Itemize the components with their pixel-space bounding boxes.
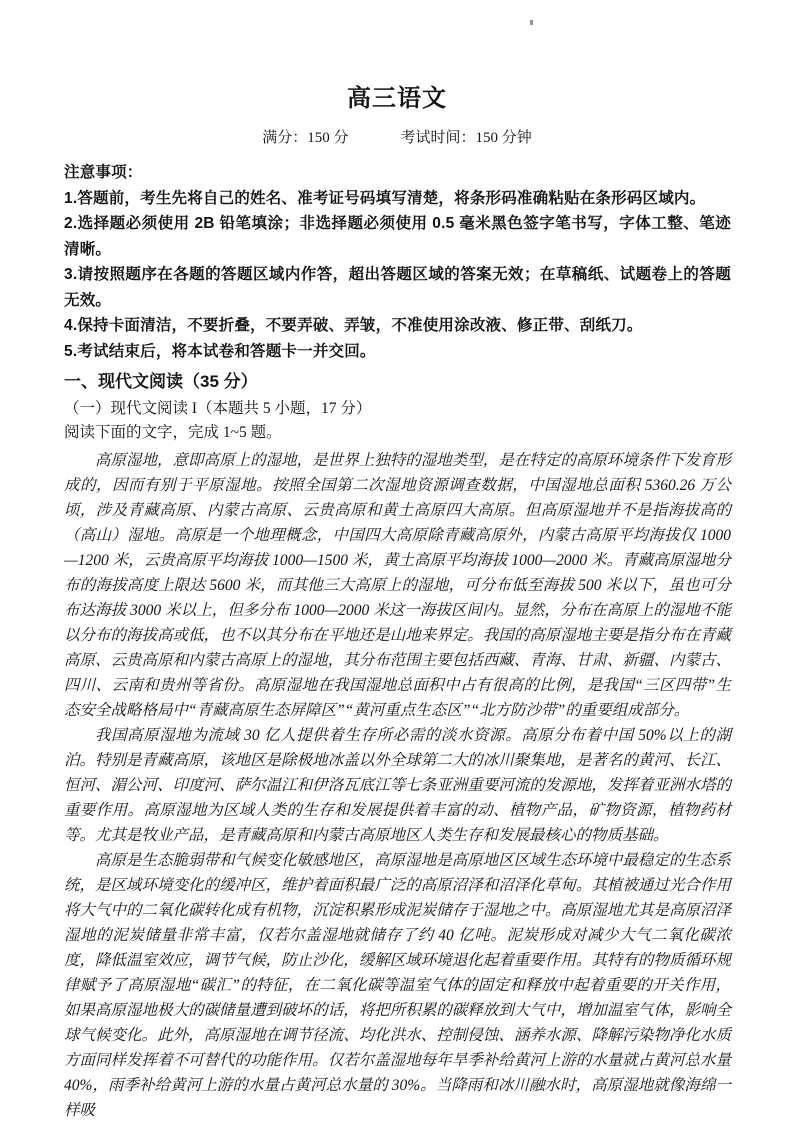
scan-artifact-dot bbox=[530, 20, 533, 25]
passage-paragraph-2: 我国高原湿地为流域 30 亿人提供着生存所必需的淡水资源。高原分布着中国 50%… bbox=[64, 723, 731, 848]
reading-passage: 高原湿地，意即高原上的湿地，是世界上独特的湿地类型，是在特定的高原环境条件下发育… bbox=[64, 448, 731, 1123]
notice-section: 注意事项： 1.答题前，考生先将自己的姓名、准考证号码填写清楚，将条形码准确粘贴… bbox=[64, 160, 731, 364]
reading-instruction: 阅读下面的文字，完成 1~5 题。 bbox=[64, 421, 731, 445]
notice-item-2: 2.选择题必须使用 2B 铅笔填涂；非选择题必须使用 0.5 毫米黑色签字笔书写… bbox=[64, 211, 731, 262]
notice-item-1: 1.答题前，考生先将自己的姓名、准考证号码填写清楚，将条形码准确粘贴在条形码区域… bbox=[64, 186, 731, 212]
notice-item-3: 3.请按照题序在各题的答题区域内作答，超出答题区域的答案无效；在草稿纸、试题卷上… bbox=[64, 262, 731, 313]
notice-heading: 注意事项： bbox=[64, 160, 731, 186]
exam-meta: 满分：150 分 考试时间：150 分钟 bbox=[0, 128, 794, 148]
passage-paragraph-1: 高原湿地，意即高原上的湿地，是世界上独特的湿地类型，是在特定的高原环境条件下发育… bbox=[64, 448, 731, 723]
full-score-label: 满分：150 分 bbox=[262, 128, 348, 148]
exam-title: 高三语文 bbox=[0, 84, 794, 114]
passage-paragraph-3: 高原是生态脆弱带和气候变化敏感地区，高原湿地是高原地区区域生态环境中最稳定的生态… bbox=[64, 848, 731, 1123]
section-heading-modern-reading: 一、现代文阅读（35 分） bbox=[64, 369, 731, 395]
subsection-heading-reading-1: （一）现代文阅读 I（本题共 5 小题，17 分） bbox=[64, 397, 731, 421]
notice-item-5: 5.考试结束后，将本试卷和答题卡一并交回。 bbox=[64, 339, 731, 365]
notice-item-4: 4.保持卡面清洁，不要折叠，不要弄破、弄皱，不准使用涂改液、修正带、刮纸刀。 bbox=[64, 313, 731, 339]
exam-duration-label: 考试时间：150 分钟 bbox=[401, 128, 532, 148]
page-content: 注意事项： 1.答题前，考生先将自己的姓名、准考证号码填写清楚，将条形码准确粘贴… bbox=[0, 160, 794, 1123]
exam-page: 高三语文 满分：150 分 考试时间：150 分钟 注意事项： 1.答题前，考生… bbox=[0, 0, 794, 1123]
